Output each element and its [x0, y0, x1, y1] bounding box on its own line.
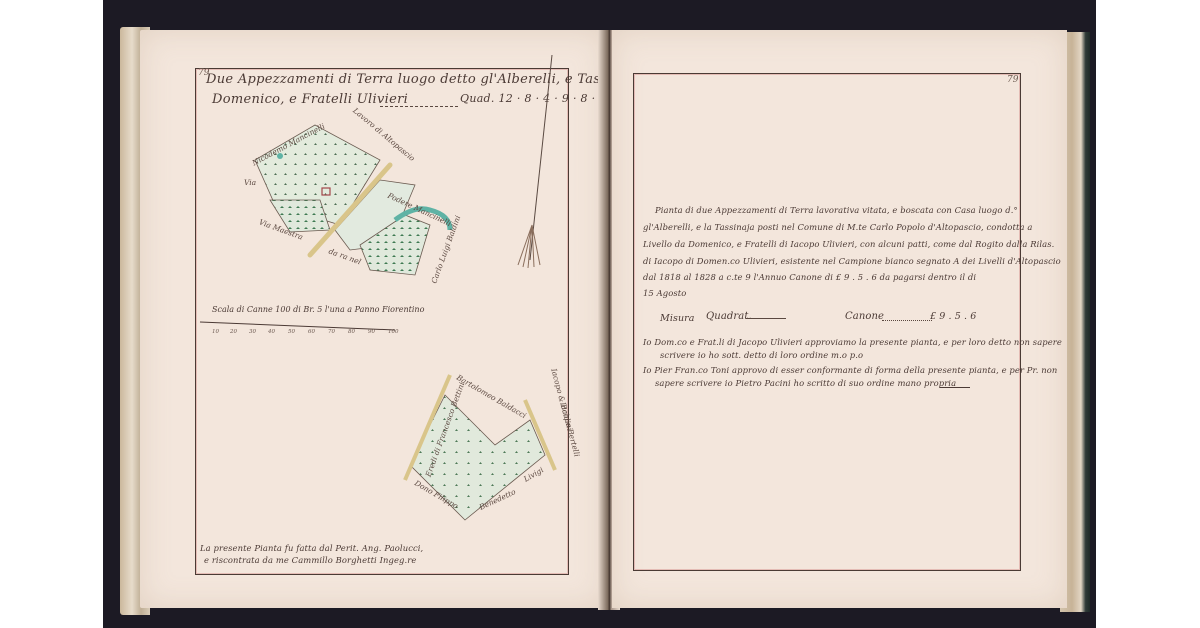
footnote-line-2: e riscontrata da me Cammillo Borghetti I… [204, 555, 416, 565]
north-arrow-icon [510, 55, 560, 275]
scale-label: Scala di Canne 100 di Br. 5 l'una a Pann… [212, 305, 424, 314]
left-page-title-line-2: Domenico, e Fratelli Ulivieri [212, 92, 408, 107]
canone-dotted-leader [882, 320, 932, 321]
quadrat-label: Quadrat. [706, 311, 752, 322]
closing-flourish [940, 387, 970, 388]
canone-value: £ 9 . 5 . 6 [930, 311, 976, 322]
footnote-line-1: La presente Pianta fu fatta dal Perit. A… [200, 543, 423, 553]
quadrat-struck-value [746, 318, 786, 319]
title-dash-line [380, 106, 458, 107]
right-page-number: 79 [1007, 75, 1018, 85]
map-label-via: Via [244, 178, 256, 187]
canone-label: Canone [845, 311, 884, 322]
misura-label: Misura [660, 313, 695, 324]
